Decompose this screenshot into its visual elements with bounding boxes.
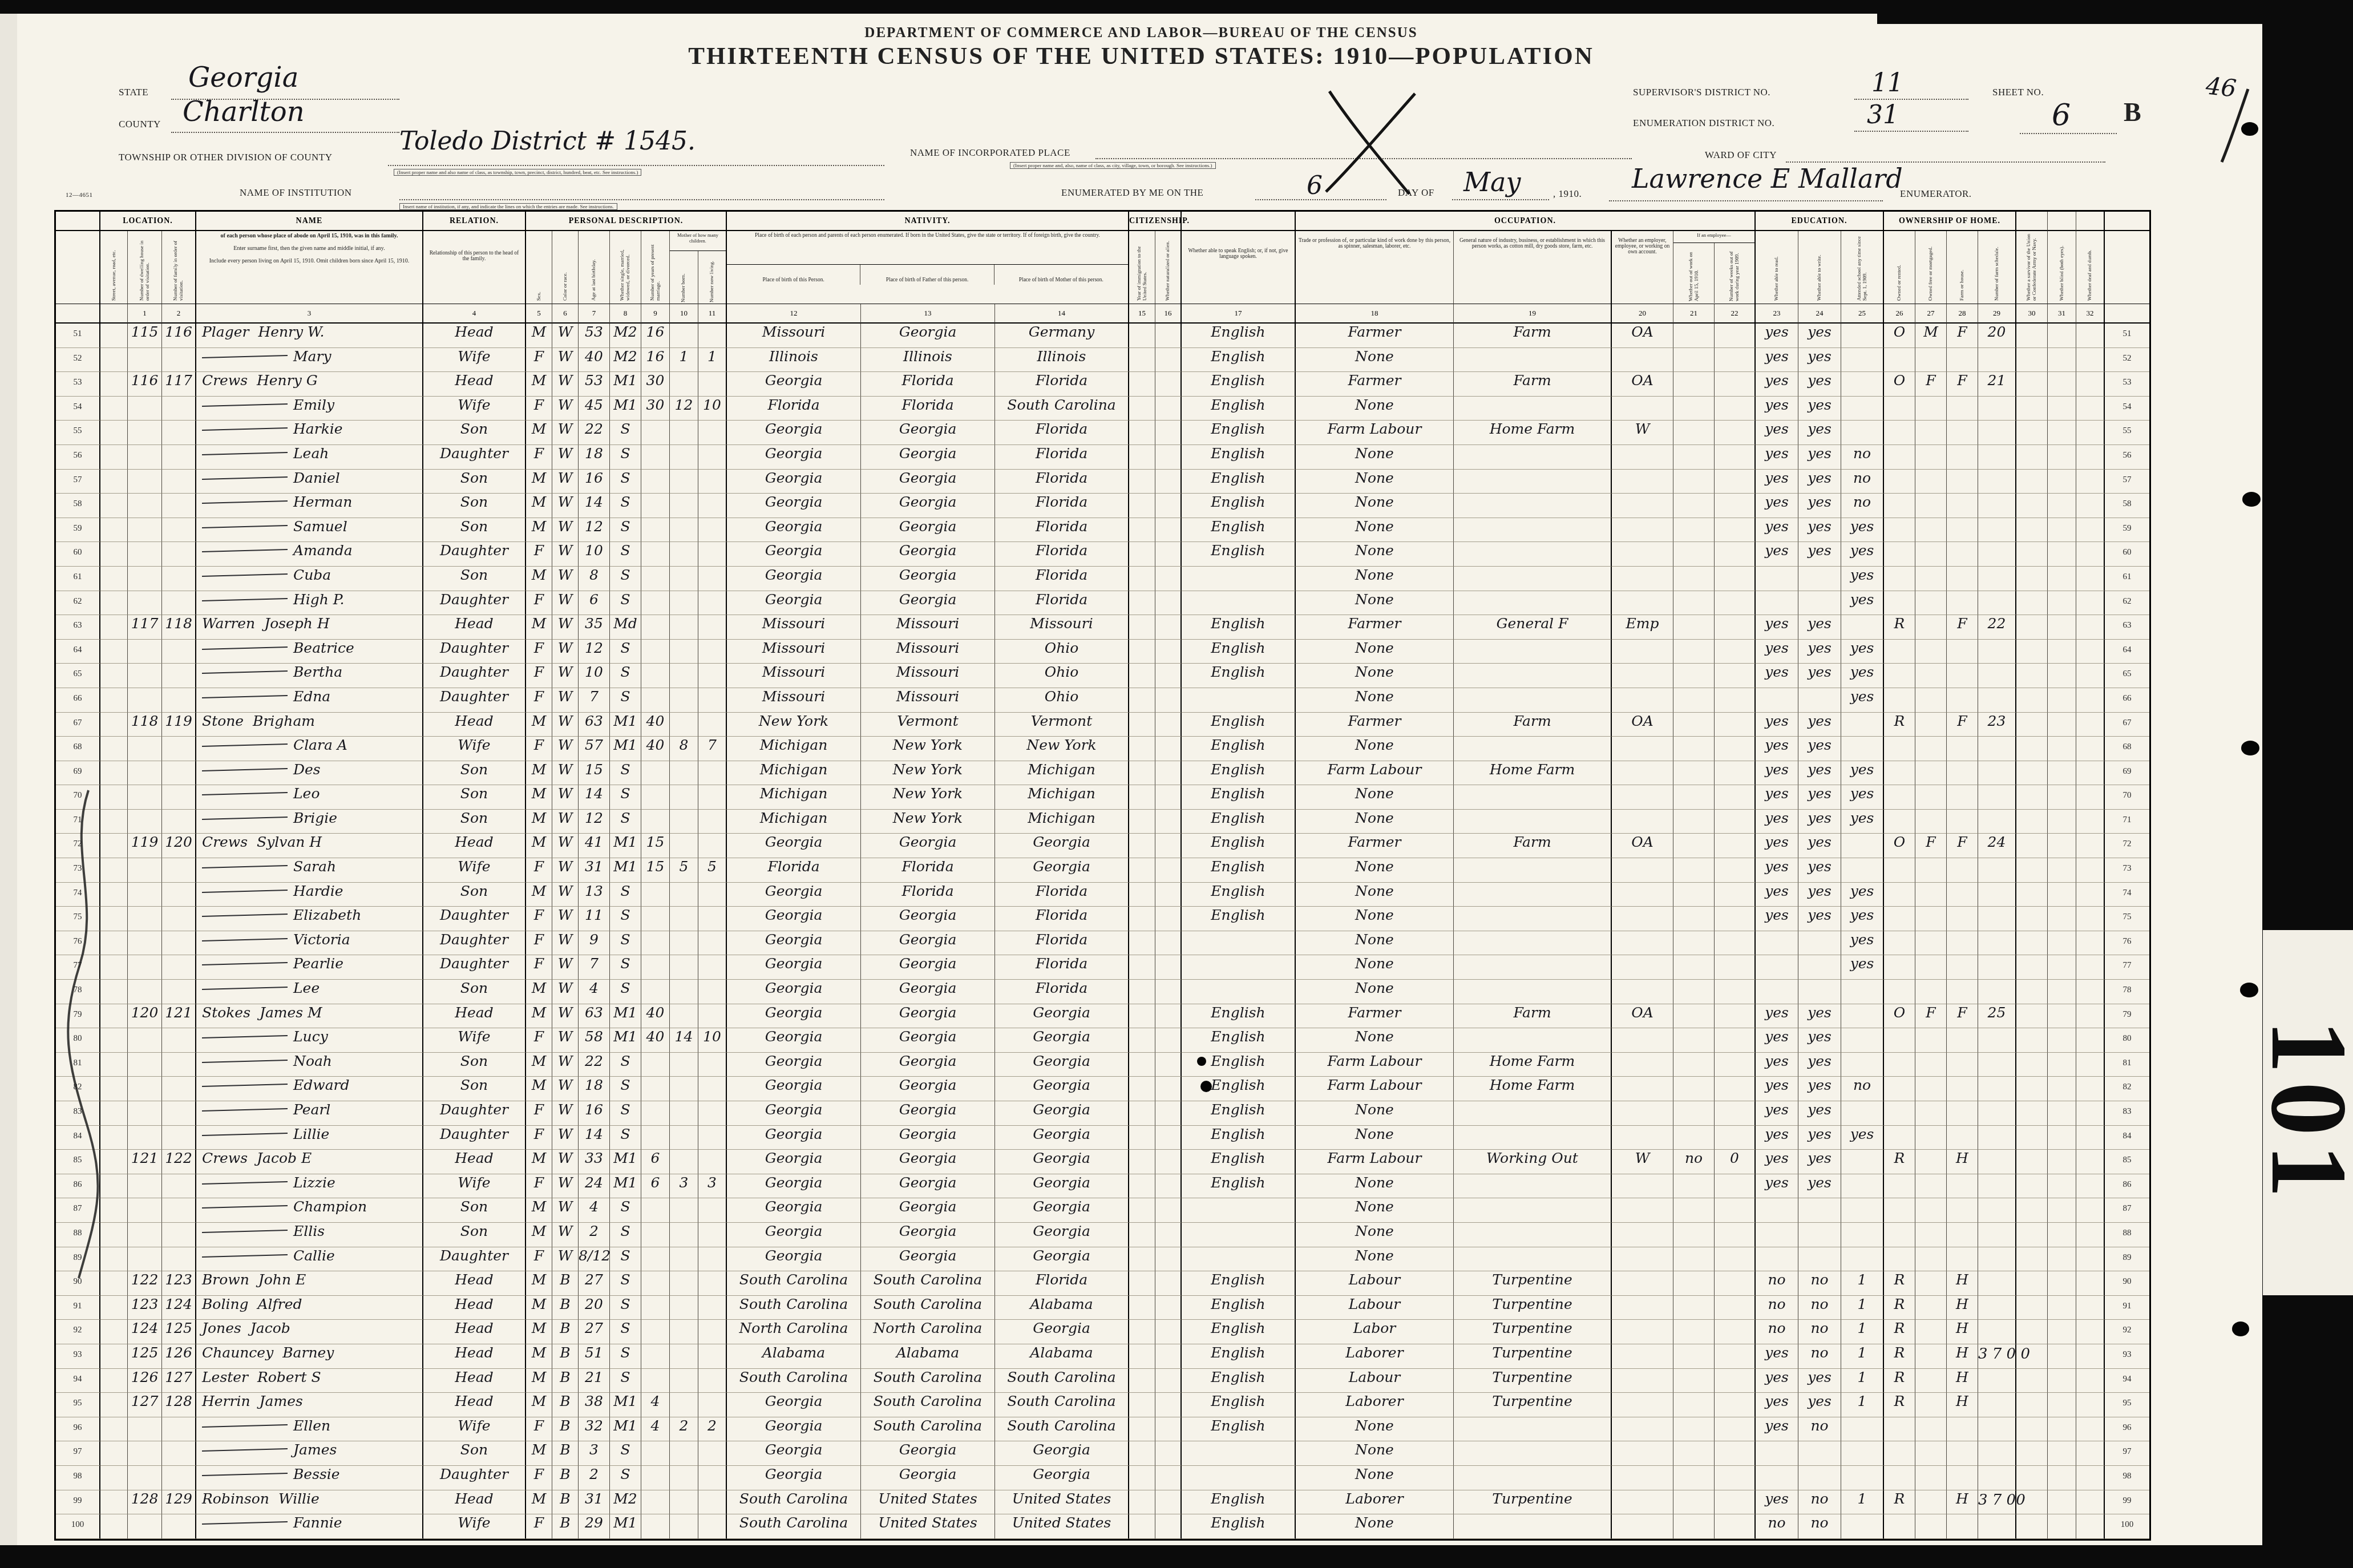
cell-blank [1155, 1344, 1182, 1369]
cell-blank [2016, 1053, 2048, 1077]
cell-sc: 1 [1841, 1490, 1884, 1515]
given-name: Willie [278, 1490, 320, 1507]
given-name: Jacob E [257, 1150, 312, 1166]
cell-o: None [1296, 1174, 1454, 1199]
cell-z [1715, 955, 1756, 980]
cell-blank [1129, 1150, 1155, 1174]
cell-fh: F [1947, 615, 1978, 640]
cell-blank [2076, 421, 2105, 445]
cell-blank [1129, 494, 1155, 518]
cell-z [1715, 688, 1756, 713]
cell-blank [100, 1417, 128, 1442]
cell-d: 115 [128, 324, 162, 348]
cell-blank [1155, 445, 1182, 470]
cell-blank [1129, 542, 1155, 567]
cell-x: M [526, 1077, 552, 1101]
cell-name: Robinson Willie [196, 1490, 423, 1515]
cell-blank [2076, 1417, 2105, 1442]
cell-l [698, 591, 727, 616]
cell-blank [2016, 810, 2048, 834]
cell-x: F [526, 397, 552, 421]
cell-p1: Florida [727, 397, 861, 421]
column-group-citizenship-: CITIZENSHIP. [1129, 212, 1182, 231]
line-number-left: 99 [56, 1490, 100, 1515]
cell-n [1454, 1441, 1612, 1466]
cell-k: Emp [1612, 615, 1673, 640]
cell-p1: Missouri [727, 615, 861, 640]
cell-o: Farm Labour [1296, 1077, 1454, 1101]
surname: Crews [202, 1150, 248, 1166]
cell-wr: yes [1798, 615, 1841, 640]
cell-k: W [1612, 421, 1673, 445]
name-note-3: Include every person living on April 15,… [209, 258, 410, 264]
cell-d [128, 1126, 162, 1150]
cell-m: S [610, 785, 641, 810]
cell-rd: yes [1756, 1028, 1798, 1053]
cell-f: 119 [162, 713, 196, 737]
cell-z [1715, 1417, 1756, 1442]
cell-fs [1978, 1028, 2016, 1053]
cell-o: None [1296, 907, 1454, 931]
cell-f [162, 1247, 196, 1272]
line-number-right: 73 [2105, 858, 2149, 883]
cell-k [1612, 494, 1673, 518]
cell-m: Md [610, 615, 641, 640]
cell-mo [1915, 348, 1947, 373]
cell-fh [1947, 567, 1978, 591]
cell-d [128, 1514, 162, 1539]
cell-ow [1884, 542, 1915, 567]
cell-p2: New York [861, 737, 995, 761]
cell-name: Cuba [196, 567, 423, 591]
cell-blank [2048, 955, 2076, 980]
cell-name: Boling Alfred [196, 1296, 423, 1320]
cell-mo [1915, 1320, 1947, 1344]
cell-d [128, 1441, 162, 1466]
cell-w [1673, 1344, 1715, 1369]
cell-b [670, 1393, 698, 1417]
cell-w [1673, 445, 1715, 470]
cell-n [1454, 980, 1612, 1004]
cell-k: W [1612, 1150, 1673, 1174]
table-row: 55HarkieSonMW22SGeorgiaGeorgiaFloridaEng… [56, 421, 2149, 445]
cell-n [1454, 955, 1612, 980]
cell-p3: Georgia [995, 1126, 1129, 1150]
cell-y: 40 [641, 1028, 670, 1053]
cell-n: Farm [1454, 324, 1612, 348]
cell-blank [2076, 1393, 2105, 1417]
incorporated-label: NAME OF INCORPORATED PLACE [910, 147, 1070, 159]
cell-y [641, 1247, 670, 1272]
cell-l: 5 [698, 858, 727, 883]
cell-mo [1915, 397, 1947, 421]
cell-x: M [526, 494, 552, 518]
cell-fh [1947, 1077, 1978, 1101]
cell-ow [1884, 785, 1915, 810]
cell-f [162, 1441, 196, 1466]
cell-c: B [552, 1320, 579, 1344]
cell-fh [1947, 810, 1978, 834]
cell-f [162, 1053, 196, 1077]
given-name: Brigie [293, 810, 337, 826]
cell-x: M [526, 1344, 552, 1369]
name-note-1: of each person whose place of abode on A… [221, 233, 398, 239]
cell-n [1454, 445, 1612, 470]
cell-l [698, 1296, 727, 1320]
cell-wr: yes [1798, 713, 1841, 737]
table-row: 81NoahSonMW22SGeorgiaGeorgiaGeorgiaEngli… [56, 1053, 2149, 1077]
cell-z [1715, 348, 1756, 373]
cell-o: Labour [1296, 1271, 1454, 1296]
cell-p1: Georgia [727, 1198, 861, 1223]
cell-k: OA [1612, 834, 1673, 858]
table-row: 86LizzieWifeFW24M1633GeorgiaGeorgiaGeorg… [56, 1174, 2149, 1199]
cell-name: Stokes James M [196, 1004, 423, 1029]
cell-b [670, 372, 698, 397]
cell-rd: yes [1756, 713, 1798, 737]
cell-blank [1129, 1514, 1155, 1539]
cell-b [670, 785, 698, 810]
cell-p1: Georgia [727, 494, 861, 518]
cell-blank [1155, 1369, 1182, 1393]
table-row: 59SamuelSonMW12SGeorgiaGeorgiaFloridaEng… [56, 518, 2149, 543]
cell-fs [1978, 931, 2016, 956]
cell-x: M [526, 1441, 552, 1466]
cell-r: Daughter [423, 1126, 526, 1150]
cell-e [1182, 567, 1296, 591]
cell-y [641, 1514, 670, 1539]
cell-m: S [610, 955, 641, 980]
cell-p1: Georgia [727, 1174, 861, 1199]
cell-rd: no [1756, 1320, 1798, 1344]
cell-blank [1129, 470, 1155, 494]
cell-f [162, 883, 196, 907]
surname-ditto-line [202, 427, 288, 431]
cell-p2: Georgia [861, 1053, 995, 1077]
cell-a: 12 [579, 810, 610, 834]
cell-l: 7 [698, 737, 727, 761]
cell-f [162, 421, 196, 445]
cell-o: None [1296, 1441, 1454, 1466]
cell-blank [100, 737, 128, 761]
cell-d [128, 1247, 162, 1272]
cell-p3: United States [995, 1490, 1129, 1515]
hole-punch-dot [2241, 741, 2259, 755]
cell-fs [1978, 737, 2016, 761]
cell-blank [1155, 494, 1182, 518]
cell-x: M [526, 834, 552, 858]
cell-m: S [610, 1126, 641, 1150]
cell-w [1673, 1247, 1715, 1272]
cell-e [1182, 980, 1296, 1004]
cell-r: Head [423, 1296, 526, 1320]
cell-w [1673, 858, 1715, 883]
institution-label: NAME OF INSTITUTION [240, 187, 351, 199]
nativity-header: Place of birth of each person and parent… [727, 231, 1129, 304]
cell-o: None [1296, 542, 1454, 567]
cell-b [670, 1101, 698, 1126]
cell-mo [1915, 664, 1947, 688]
cell-r: Daughter [423, 664, 526, 688]
cell-blank [1129, 1174, 1155, 1199]
cell-y [641, 664, 670, 688]
cell-rd: yes [1756, 1053, 1798, 1077]
cell-blank [1155, 713, 1182, 737]
col-num-7: 7 [579, 304, 610, 324]
table-row: 52MaryWifeFW40M21611IllinoisIllinoisIlli… [56, 348, 2149, 373]
cell-blank [100, 664, 128, 688]
cell-blank [2016, 494, 2048, 518]
cell-n [1454, 1223, 1612, 1247]
cell-fh [1947, 1466, 1978, 1490]
cell-blank [1129, 324, 1155, 348]
cell-e [1182, 931, 1296, 956]
cell-k [1612, 1393, 1673, 1417]
col-num-8: 8 [610, 304, 641, 324]
line-number-right: 96 [2105, 1417, 2149, 1442]
cell-rd: yes [1756, 494, 1798, 518]
col-desc-4: Relationship of this person to the head … [423, 231, 526, 304]
cell-w [1673, 421, 1715, 445]
line-number-right: 66 [2105, 688, 2149, 713]
cell-r: Son [423, 1077, 526, 1101]
cell-m: S [610, 664, 641, 688]
cell-blank [2048, 615, 2076, 640]
cell-rd [1756, 980, 1798, 1004]
cell-m: S [610, 810, 641, 834]
cell-mo: F [1915, 834, 1947, 858]
cell-blank [2076, 591, 2105, 616]
cell-c: B [552, 1514, 579, 1539]
cell-c: W [552, 713, 579, 737]
cell-fs [1978, 1393, 2016, 1417]
cell-name: Chauncey Barney [196, 1344, 423, 1369]
line-number-left: 67 [56, 713, 100, 737]
cell-d: 122 [128, 1271, 162, 1296]
cell-c: W [552, 470, 579, 494]
cell-p2: New York [861, 785, 995, 810]
cell-f [162, 931, 196, 956]
cell-y [641, 1101, 670, 1126]
cell-fs [1978, 810, 2016, 834]
cell-blank [1129, 761, 1155, 786]
surname-ditto-line [202, 646, 288, 650]
cell-rd: yes [1756, 858, 1798, 883]
cell-blank [2016, 713, 2048, 737]
table-row: 66EdnaDaughterFW7SMissouriMissouriOhioNo… [56, 688, 2149, 713]
cell-fh: F [1947, 1004, 1978, 1029]
cell-rd: yes [1756, 397, 1798, 421]
cell-m: S [610, 470, 641, 494]
line-number-right: 100 [2105, 1514, 2149, 1539]
cell-f: 120 [162, 834, 196, 858]
cell-a: 8/12 [579, 1247, 610, 1272]
cell-sc: yes [1841, 931, 1884, 956]
line-number-left: 63 [56, 615, 100, 640]
cell-ow [1884, 1441, 1915, 1466]
cell-p1: Georgia [727, 883, 861, 907]
cell-wr: yes [1798, 1126, 1841, 1150]
cell-n [1454, 1247, 1612, 1272]
cell-mo [1915, 494, 1947, 518]
table-row: 72119120Crews Sylvan HHeadMW41M115Georgi… [56, 834, 2149, 858]
cell-o: Farm Labour [1296, 761, 1454, 786]
cell-k [1612, 470, 1673, 494]
line-number-right: 79 [2105, 1004, 2149, 1029]
cell-blank [1129, 445, 1155, 470]
cell-ow [1884, 980, 1915, 1004]
cell-x: M [526, 421, 552, 445]
cell-ow [1884, 470, 1915, 494]
col-desc-17: Whether able to speak English; or, if no… [1182, 231, 1296, 304]
cell-name: Emily [196, 397, 423, 421]
col-desc-32: Whether deaf and dumb. [2076, 231, 2105, 304]
given-name: James M [260, 1004, 322, 1021]
given-name: James [293, 1441, 337, 1458]
cell-l [698, 1369, 727, 1393]
table-row: 64BeatriceDaughterFW12SMissouriMissouriO… [56, 640, 2149, 664]
cell-blank [1129, 834, 1155, 858]
cell-fh [1947, 980, 1978, 1004]
cell-blank [1155, 980, 1182, 1004]
cell-r: Wife [423, 1417, 526, 1442]
surname-ditto-line [202, 403, 288, 407]
cell-r: Daughter [423, 1466, 526, 1490]
cell-p1: Georgia [727, 1150, 861, 1174]
cell-l [698, 615, 727, 640]
cell-wr: yes [1798, 1393, 1841, 1417]
table-row: 78LeeSonMW4SGeorgiaGeorgiaFloridaNone78 [56, 980, 2149, 1004]
cell-z [1715, 640, 1756, 664]
cell-a: 22 [579, 421, 610, 445]
cell-c: W [552, 591, 579, 616]
cell-y [641, 883, 670, 907]
cell-rd: yes [1756, 1344, 1798, 1369]
cell-e: English [1182, 1344, 1296, 1369]
cell-z [1715, 713, 1756, 737]
cell-y: 15 [641, 858, 670, 883]
cell-y [641, 615, 670, 640]
cell-c: W [552, 785, 579, 810]
cell-k [1612, 1369, 1673, 1393]
cell-w [1673, 591, 1715, 616]
cell-blank [100, 713, 128, 737]
col-num-15: 15 [1129, 304, 1155, 324]
cell-blank [2016, 1514, 2048, 1539]
cell-c: W [552, 810, 579, 834]
cell-rd [1756, 1198, 1798, 1223]
cell-o: None [1296, 397, 1454, 421]
cell-blank [2076, 761, 2105, 786]
cell-a: 12 [579, 518, 610, 543]
cell-p1: Georgia [727, 907, 861, 931]
cell-blank [2076, 1369, 2105, 1393]
table-row: 91123124Boling AlfredHeadMB20SSouth Caro… [56, 1296, 2149, 1320]
cell-wr: yes [1798, 1369, 1841, 1393]
cell-fs: 20 [1978, 324, 2016, 348]
township-value: Toledo District # 1545. [399, 127, 696, 156]
cell-wr [1798, 1466, 1841, 1490]
cell-fs [1978, 470, 2016, 494]
col-desc-12: Place of birth of this Person. [727, 265, 860, 285]
cell-b: 5 [670, 858, 698, 883]
cell-ow [1884, 1417, 1915, 1442]
cell-p2: Georgia [861, 542, 995, 567]
cell-rd: yes [1756, 324, 1798, 348]
cell-p1: Georgia [727, 518, 861, 543]
cell-blank [1129, 1296, 1155, 1320]
cell-fs [1978, 1077, 2016, 1101]
cell-n: Farm [1454, 1004, 1612, 1029]
cell-blank [2076, 518, 2105, 543]
cell-n: Turpentine [1454, 1490, 1612, 1515]
cell-l [698, 470, 727, 494]
cell-p3: Georgia [995, 1198, 1129, 1223]
cell-n [1454, 494, 1612, 518]
cell-r: Son [423, 494, 526, 518]
cell-blank [2048, 1053, 2076, 1077]
cell-d: 127 [128, 1393, 162, 1417]
cell-a: 40 [579, 348, 610, 373]
cell-sc: yes [1841, 591, 1884, 616]
cell-wr: yes [1798, 397, 1841, 421]
cell-fh [1947, 494, 1978, 518]
cell-w [1673, 1101, 1715, 1126]
given-name: Lillie [293, 1126, 329, 1142]
cell-blank [1129, 1004, 1155, 1029]
cell-sc [1841, 834, 1884, 858]
line-number-left: 52 [56, 348, 100, 373]
col-num-32: 32 [2076, 304, 2105, 324]
cell-c: W [552, 348, 579, 373]
cell-n: General F [1454, 615, 1612, 640]
cell-r: Son [423, 567, 526, 591]
cell-name: Lizzie [196, 1174, 423, 1199]
cell-blank [100, 1441, 128, 1466]
cell-w [1673, 1053, 1715, 1077]
cell-f: 117 [162, 372, 196, 397]
line-number-right: 82 [2105, 1077, 2149, 1101]
cell-sc [1841, 348, 1884, 373]
cell-c: B [552, 1466, 579, 1490]
cell-blank [100, 518, 128, 543]
cell-l [698, 955, 727, 980]
cell-fs [1978, 1441, 2016, 1466]
cell-fs [1978, 1514, 2016, 1539]
cell-ow [1884, 664, 1915, 688]
cell-b [670, 1466, 698, 1490]
cell-w [1673, 542, 1715, 567]
cell-c: W [552, 421, 579, 445]
cell-y: 4 [641, 1417, 670, 1442]
given-name: Henry W. [258, 324, 324, 340]
cell-b [670, 470, 698, 494]
cell-r: Wife [423, 858, 526, 883]
cell-fs: 21 [1978, 372, 2016, 397]
cell-blank [1129, 688, 1155, 713]
cell-x: F [526, 1514, 552, 1539]
cell-f [162, 858, 196, 883]
given-name: Herman [293, 494, 352, 510]
cell-p3: Georgia [995, 1053, 1129, 1077]
cell-p2: Florida [861, 883, 995, 907]
cell-n [1454, 907, 1612, 931]
cell-c: W [552, 931, 579, 956]
cell-fs [1978, 1053, 2016, 1077]
cell-p3: Florida [995, 445, 1129, 470]
surname: Chauncey [202, 1344, 273, 1361]
cell-l [698, 1271, 727, 1296]
